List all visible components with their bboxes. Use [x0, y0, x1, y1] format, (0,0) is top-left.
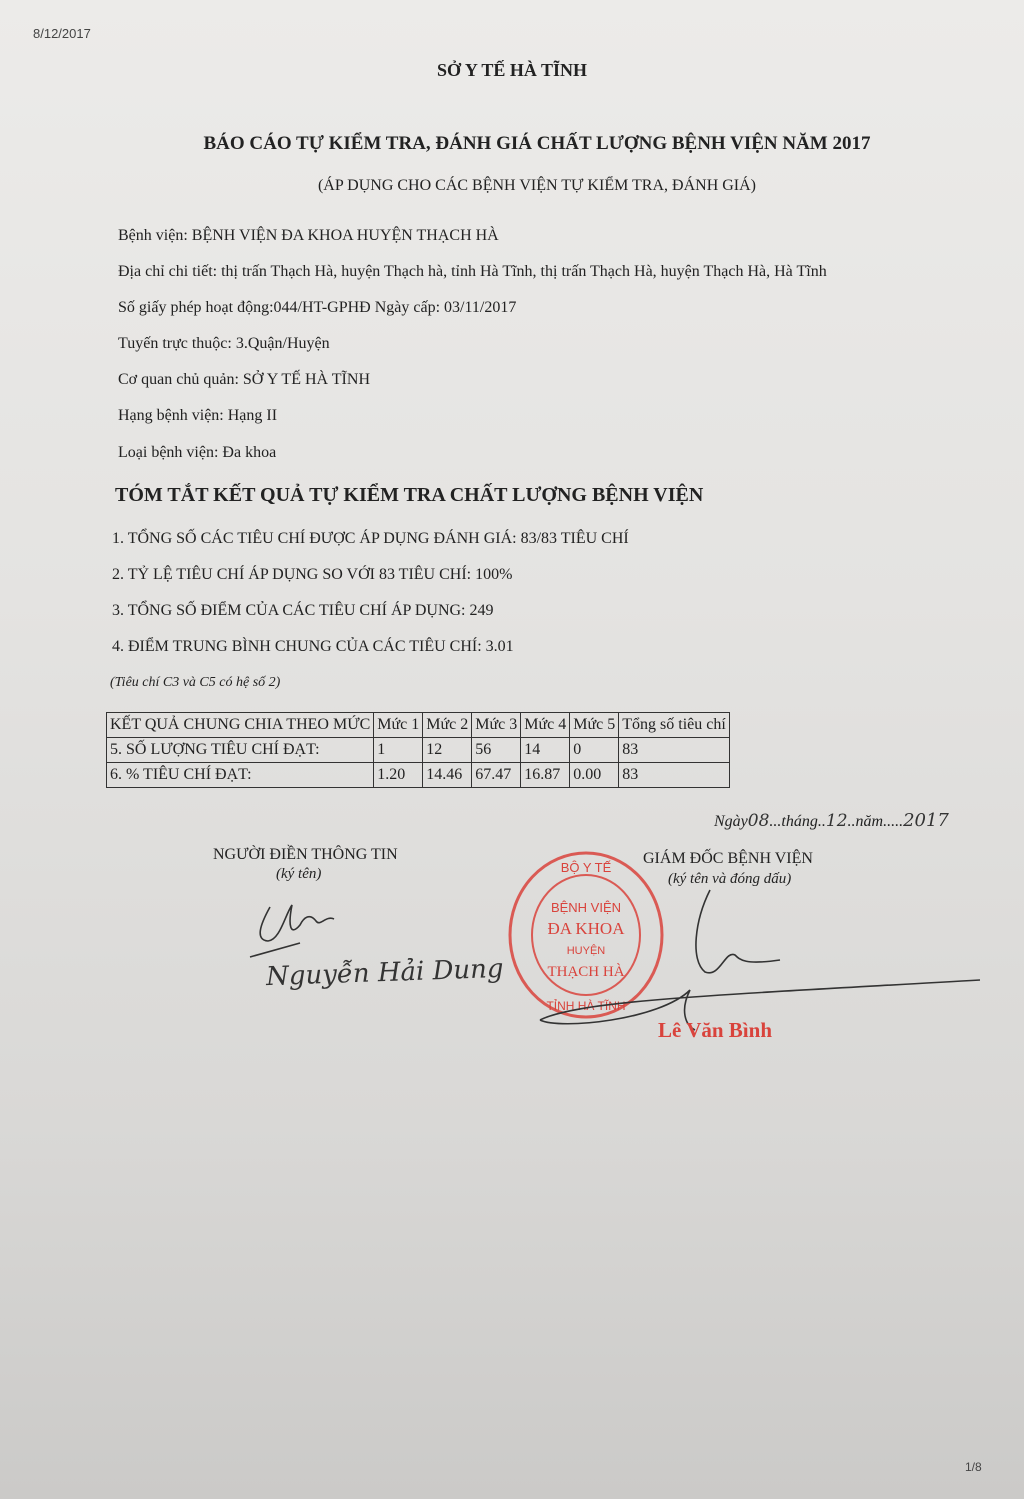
- table-header-cell: Mức 1: [374, 713, 423, 738]
- info-license: Số giấy phép hoạt động:044/HT-GPHĐ Ngày …: [118, 299, 516, 317]
- table-row: 5. SỐ LƯỢNG TIÊU CHÍ ĐẠT: 1 12 56 14 0 8…: [107, 738, 730, 763]
- print-date: 8/12/2017: [33, 26, 91, 41]
- filler-signature-icon: [230, 895, 370, 965]
- table-header-cell: Tổng số tiêu chí: [619, 713, 730, 738]
- page-number: 1/8: [965, 1460, 982, 1474]
- date-year-label: ..năm.....: [848, 813, 904, 830]
- summary-title: TÓM TẮT KẾT QUẢ TỰ KIỂM TRA CHẤT LƯỢNG B…: [115, 484, 703, 507]
- date-day: 08: [748, 811, 770, 831]
- stamp-outer-top: BỘ Y TẾ: [561, 860, 612, 875]
- date-day-label: Ngày: [714, 813, 748, 830]
- summary-item: 2. TỶ LỆ TIÊU CHÍ ÁP DỤNG SO VỚI 83 TIÊU…: [112, 566, 512, 584]
- info-address: Địa chỉ chi tiết: thị trấn Thạch Hà, huy…: [118, 263, 827, 281]
- date-month-label: ...tháng..: [769, 813, 825, 830]
- agency-heading: SỞ Y TẾ HÀ TĨNH: [0, 60, 1024, 81]
- signing-date: Ngày08...tháng..12..năm.....2017: [714, 810, 949, 831]
- table-cell: 16.87: [521, 763, 570, 788]
- table-header-cell: Mức 5: [570, 713, 619, 738]
- filler-sub-label: (ký tên): [276, 866, 321, 883]
- table-header-cell: KẾT QUẢ CHUNG CHIA THEO MỨC: [107, 713, 374, 738]
- table-cell: 14.46: [423, 763, 472, 788]
- results-table: KẾT QUẢ CHUNG CHIA THEO MỨC Mức 1 Mức 2 …: [106, 712, 730, 788]
- report-subtitle: (ÁP DỤNG CHO CÁC BỆNH VIỆN TỰ KIỂM TRA, …: [0, 177, 1024, 195]
- table-cell: 5. SỐ LƯỢNG TIÊU CHÍ ĐẠT:: [107, 738, 374, 763]
- table-cell: 1.20: [374, 763, 423, 788]
- table-cell: 1: [374, 738, 423, 763]
- director-signature-icon: [520, 880, 1000, 1040]
- summary-item: 1. TỔNG SỐ CÁC TIÊU CHÍ ĐƯỢC ÁP DỤNG ĐÁN…: [112, 530, 629, 548]
- table-header-row: KẾT QUẢ CHUNG CHIA THEO MỨC Mức 1 Mức 2 …: [107, 713, 730, 738]
- table-cell: 67.47: [472, 763, 521, 788]
- table-header-cell: Mức 4: [521, 713, 570, 738]
- info-hospital: Bệnh viện: BỆNH VIỆN ĐA KHOA HUYỆN THẠCH…: [118, 227, 499, 245]
- date-year: 2017: [903, 810, 949, 831]
- table-cell: 6. % TIÊU CHÍ ĐẠT:: [107, 763, 374, 788]
- table-header-cell: Mức 2: [423, 713, 472, 738]
- date-month: 12: [826, 811, 848, 831]
- table-cell: 56: [472, 738, 521, 763]
- table-cell: 0: [570, 738, 619, 763]
- summary-item: 4. ĐIỂM TRUNG BÌNH CHUNG CỦA CÁC TIÊU CH…: [112, 638, 514, 656]
- director-label: GIÁM ĐỐC BỆNH VIỆN: [643, 850, 813, 868]
- filler-label: NGƯỜI ĐIỀN THÔNG TIN: [213, 846, 398, 864]
- table-cell: 0.00: [570, 763, 619, 788]
- table-cell: 14: [521, 738, 570, 763]
- info-level: Tuyến trực thuộc: 3.Quận/Huyện: [118, 335, 330, 353]
- summary-item: 3. TỔNG SỐ ĐIỂM CỦA CÁC TIÊU CHÍ ÁP DỤNG…: [112, 602, 494, 620]
- director-name: Lê Văn Bình: [658, 1018, 772, 1043]
- info-managing-agency: Cơ quan chủ quản: SỞ Y TẾ HÀ TĨNH: [118, 371, 370, 389]
- info-hospital-rank: Hạng bệnh viện: Hạng II: [118, 407, 277, 425]
- summary-note: (Tiêu chí C3 và C5 có hệ số 2): [110, 675, 280, 691]
- table-cell: 83: [619, 763, 730, 788]
- table-row: 6. % TIÊU CHÍ ĐẠT: 1.20 14.46 67.47 16.8…: [107, 763, 730, 788]
- table-cell: 12: [423, 738, 472, 763]
- table-cell: 83: [619, 738, 730, 763]
- report-title: BÁO CÁO TỰ KIỂM TRA, ĐÁNH GIÁ CHẤT LƯỢNG…: [0, 133, 1024, 155]
- table-header-cell: Mức 3: [472, 713, 521, 738]
- info-hospital-type: Loại bệnh viện: Đa khoa: [118, 444, 276, 462]
